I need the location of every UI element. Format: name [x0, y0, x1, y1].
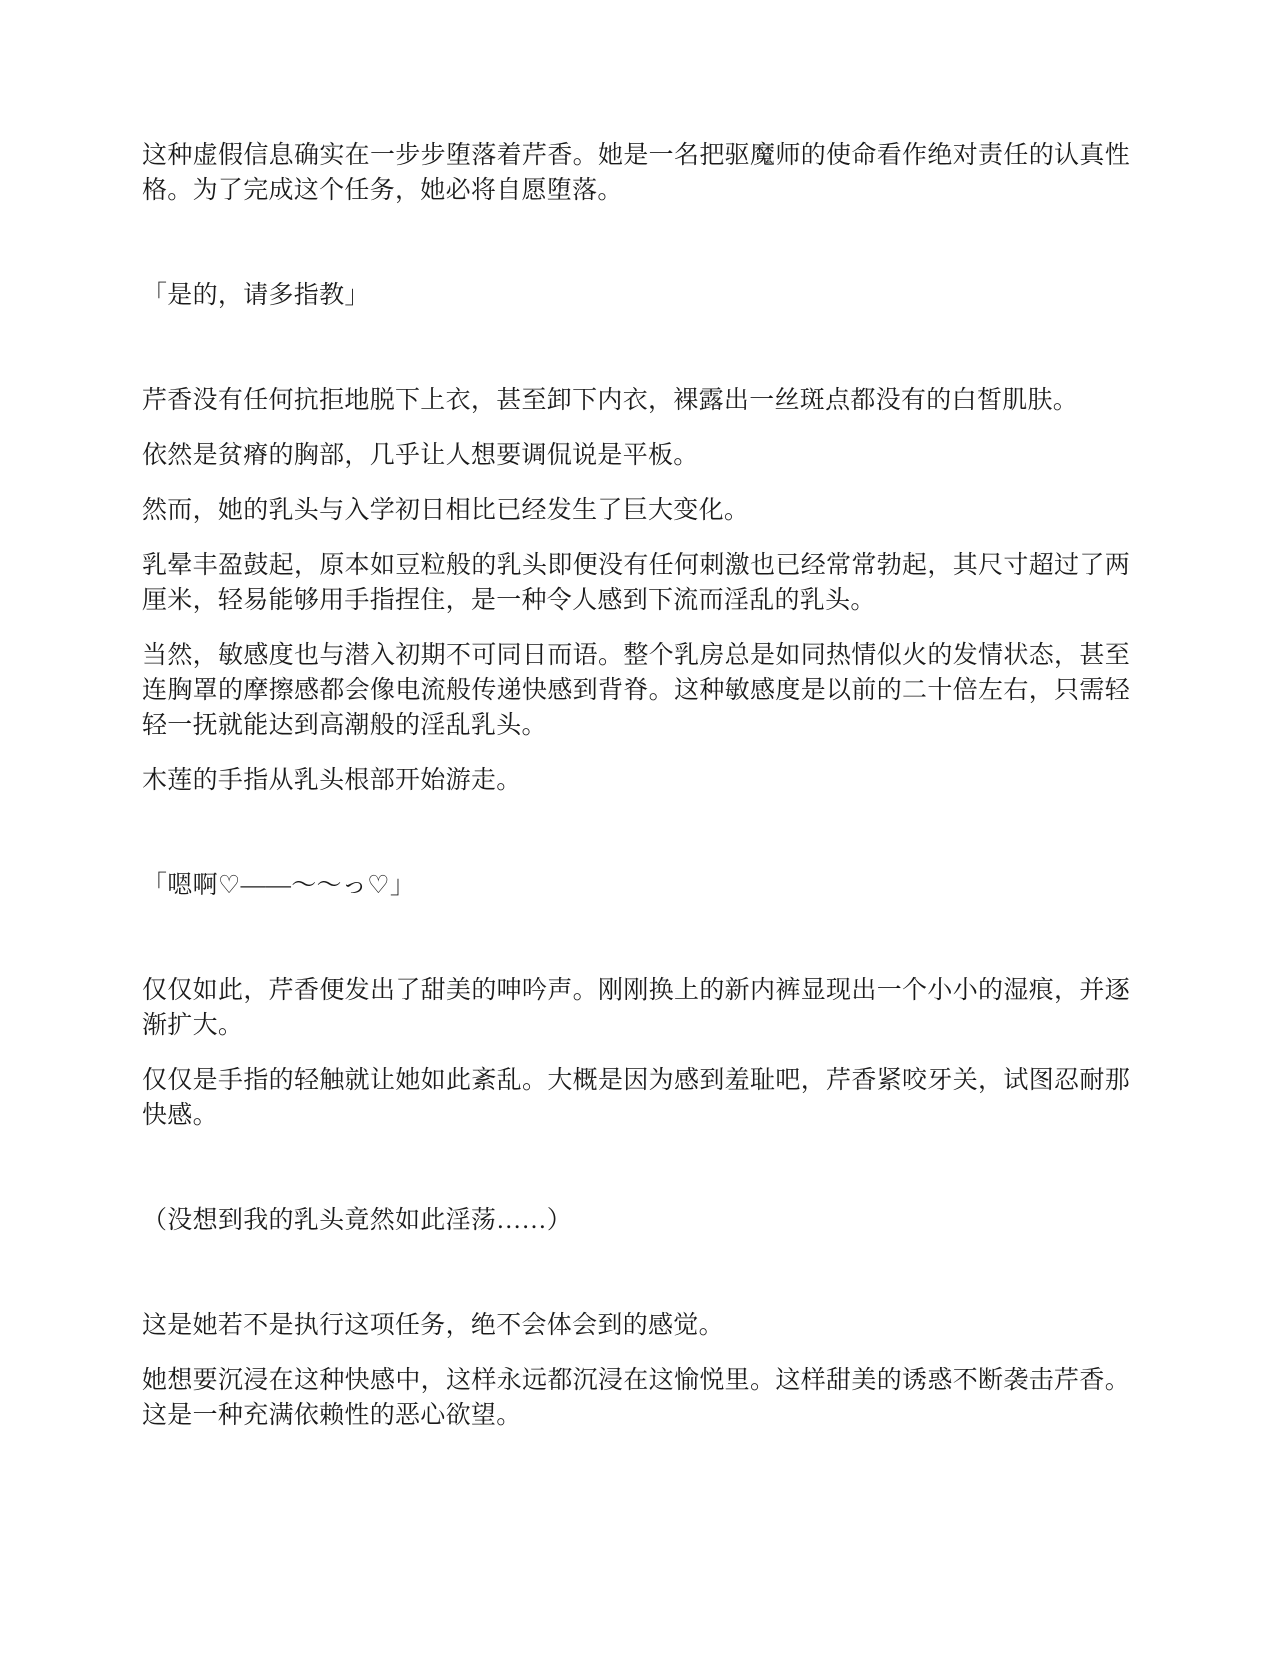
- thought-line: （没想到我的乳头竟然如此淫荡……）: [142, 1203, 1130, 1238]
- narration-paragraph: 这是她若不是执行这项任务，绝不会体会到的感觉。: [142, 1308, 1130, 1343]
- narration-paragraph: 仅仅是手指的轻触就让她如此紊乱。大概是因为感到羞耻吧，芹香紧咬牙关，试图忍耐那快…: [142, 1063, 1130, 1133]
- narration-paragraph: 她想要沉浸在这种快感中，这样永远都沉浸在这愉悦里。这样甜美的诱惑不断袭击芹香。这…: [142, 1363, 1130, 1433]
- narration-paragraph: 当然，敏感度也与潜入初期不可同日而语。整个乳房总是如同热情似火的发情状态，甚至连…: [142, 638, 1130, 743]
- narration-paragraph: 乳晕丰盈鼓起，原本如豆粒般的乳头即便没有任何刺激也已经常常勃起，其尺寸超过了两厘…: [142, 548, 1130, 618]
- narration-paragraph: 仅仅如此，芹香便发出了甜美的呻吟声。刚刚换上的新内裤显现出一个小小的湿痕，并逐渐…: [142, 973, 1130, 1043]
- narration-paragraph: 这种虚假信息确实在一步步堕落着芹香。她是一名把驱魔师的使命看作绝对责任的认真性格…: [142, 138, 1130, 208]
- dialogue-line: 「是的，请多指教」: [142, 278, 1130, 313]
- narration-paragraph: 依然是贫瘠的胸部，几乎让人想要调侃说是平板。: [142, 438, 1130, 473]
- narration-paragraph: 然而，她的乳头与入学初日相比已经发生了巨大变化。: [142, 493, 1130, 528]
- document-page: 这种虚假信息确实在一步步堕落着芹香。她是一名把驱魔师的使命看作绝对责任的认真性格…: [0, 0, 1280, 1656]
- narration-paragraph: 芹香没有任何抗拒地脱下上衣，甚至卸下内衣，裸露出一丝斑点都没有的白皙肌肤。: [142, 383, 1130, 418]
- narration-paragraph: 木莲的手指从乳头根部开始游走。: [142, 763, 1130, 798]
- text-content: 这种虚假信息确实在一步步堕落着芹香。她是一名把驱魔师的使命看作绝对责任的认真性格…: [142, 138, 1130, 1433]
- dialogue-line: 「嗯啊♡——～～っ♡」: [142, 868, 1130, 903]
